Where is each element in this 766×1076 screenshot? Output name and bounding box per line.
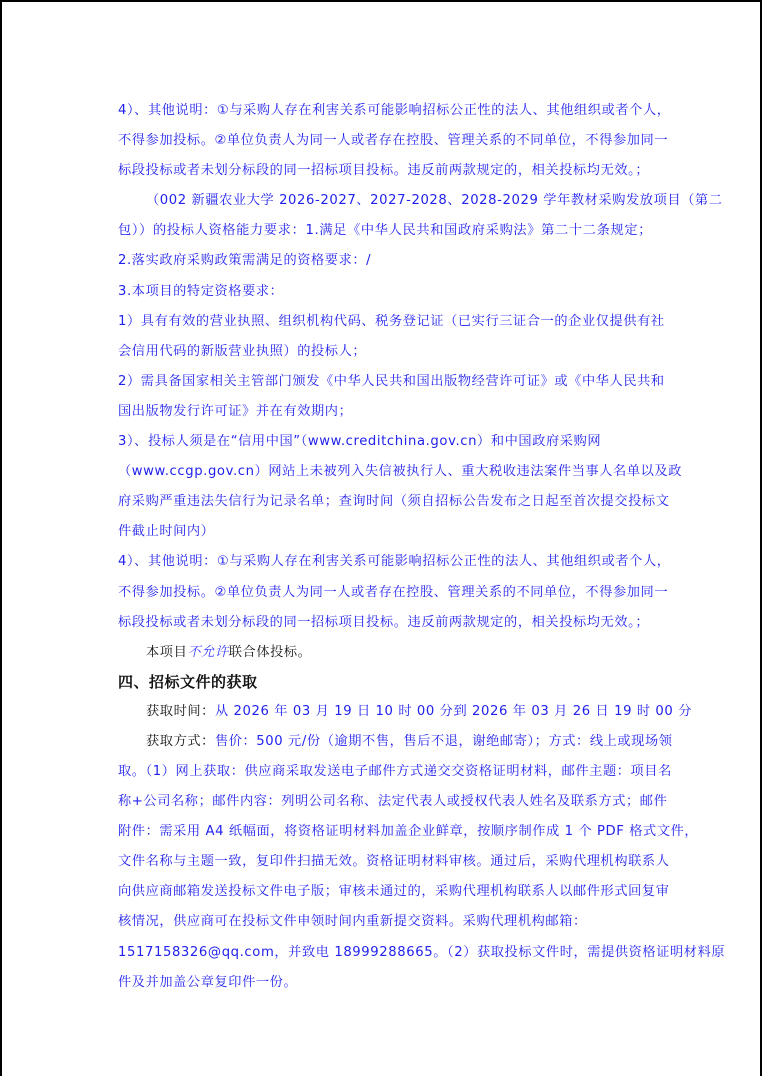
- text-line: 件截止时间内）: [118, 517, 652, 547]
- consortium-line: 本项目不允许联合体投标。: [118, 638, 652, 668]
- text-line: 称+公司名称；邮件内容：列明公司名称、法定代表人或授权代表人姓名及联系方式；邮件: [118, 787, 652, 817]
- text-line: 4）、其他说明：①与采购人存在利害关系可能影响招标公正性的法人、其他组织或者个人…: [118, 547, 652, 577]
- consortium-value: 不允许: [187, 645, 228, 660]
- text-line: 文件名称与主题一致，复印件扫描无效。资格证明材料审核。通过后，采购代理机构联系人: [118, 847, 652, 877]
- acquisition-time-value: 从 2026 年 03 月 19 日 10 时 00 分到 2026 年 03 …: [215, 704, 692, 719]
- text-line: 3）、投标人须是在“信用中国”（www.creditchina.gov.cn）和…: [118, 427, 652, 457]
- text-line: 1517158326@qq.com，并致电 18999288665。（2）获取投…: [118, 938, 652, 968]
- consortium-suffix: 联合体投标。: [229, 645, 312, 660]
- section-heading: 四、招标文件的获取: [118, 668, 652, 697]
- text-line: 核情况，供应商可在投标文件申领时间内重新提交资料。采购代理机构邮箱：: [118, 907, 652, 937]
- text-line: 取。（1）网上获取：供应商采取发送电子邮件方式递交交资格证明材料，邮件主题：项目…: [118, 757, 652, 787]
- text-line: 件及并加盖公章复印件一份。: [118, 968, 652, 998]
- text-line: 附件：需采用 A4 纸幅面，将资格证明材料加盖企业鲜章，按顺序制作成 1 个 P…: [118, 817, 652, 847]
- text-line: 国出版物发行许可证》并在有效期内；: [118, 397, 652, 427]
- page-content: 4）、其他说明：①与采购人存在利害关系可能影响招标公正性的法人、其他组织或者个人…: [118, 96, 652, 998]
- text-line: 1）具有有效的营业执照、组织机构代码、税务登记证（已实行三证合一的企业仅提供有社: [118, 307, 652, 337]
- text-line: 向供应商邮箱发送投标文件电子版；审核未通过的，采购代理机构联系人以邮件形式回复审: [118, 877, 652, 907]
- acquisition-method-value: 售价：500 元/份（逾期不售，售后不退，谢绝邮寄）；方式：线上或现场领: [215, 734, 673, 749]
- text-line: 会信用代码的新版营业执照）的投标人；: [118, 337, 652, 367]
- text-line: 不得参加投标。②单位负责人为同一人或者存在控股、管理关系的不同单位，不得参加同一: [118, 578, 652, 608]
- document-page: 4）、其他说明：①与采购人存在利害关系可能影响招标公正性的法人、其他组织或者个人…: [0, 0, 762, 1076]
- text-line: 标段投标或者未划分标段的同一招标项目投标。违反前两款规定的，相关投标均无效。；: [118, 608, 652, 638]
- text-line: 不得参加投标。②单位负责人为同一人或者存在控股、管理关系的不同单位，不得参加同一: [118, 126, 652, 156]
- acquisition-method-line: 获取方式：售价：500 元/份（逾期不售，售后不退，谢绝邮寄）；方式：线上或现场…: [118, 727, 652, 757]
- text-line: 府采购严重违法失信行为记录名单；查询时间（须自招标公告发布之日起至首次提交投标文: [118, 487, 652, 517]
- text-line: （www.ccgp.gov.cn）网站上未被列入失信被执行人、重大税收违法案件当…: [118, 457, 652, 487]
- acquisition-method-label: 获取方式：: [146, 734, 215, 749]
- text-line: 3.本项目的特定资格要求：: [118, 277, 652, 307]
- acquisition-time-line: 获取时间：从 2026 年 03 月 19 日 10 时 00 分到 2026 …: [118, 697, 652, 727]
- text-line: 包））的投标人资格能力要求：1.满足《中华人民共和国政府采购法》第二十二条规定；: [118, 216, 652, 246]
- text-line: 2）需具备国家相关主管部门颁发《中华人民共和国出版物经营许可证》或《中华人民共和: [118, 367, 652, 397]
- acquisition-time-label: 获取时间：: [146, 704, 215, 719]
- text-line: 2.落实政府采购政策需满足的资格要求：/: [118, 246, 652, 276]
- consortium-prefix: 本项目: [146, 645, 187, 660]
- text-line: 标段投标或者未划分标段的同一招标项目投标。违反前两款规定的，相关投标均无效。；: [118, 156, 652, 186]
- text-line: 4）、其他说明：①与采购人存在利害关系可能影响招标公正性的法人、其他组织或者个人…: [118, 96, 652, 126]
- text-line: （002 新疆农业大学 2026-2027、2027-2028、2028-202…: [118, 186, 652, 216]
